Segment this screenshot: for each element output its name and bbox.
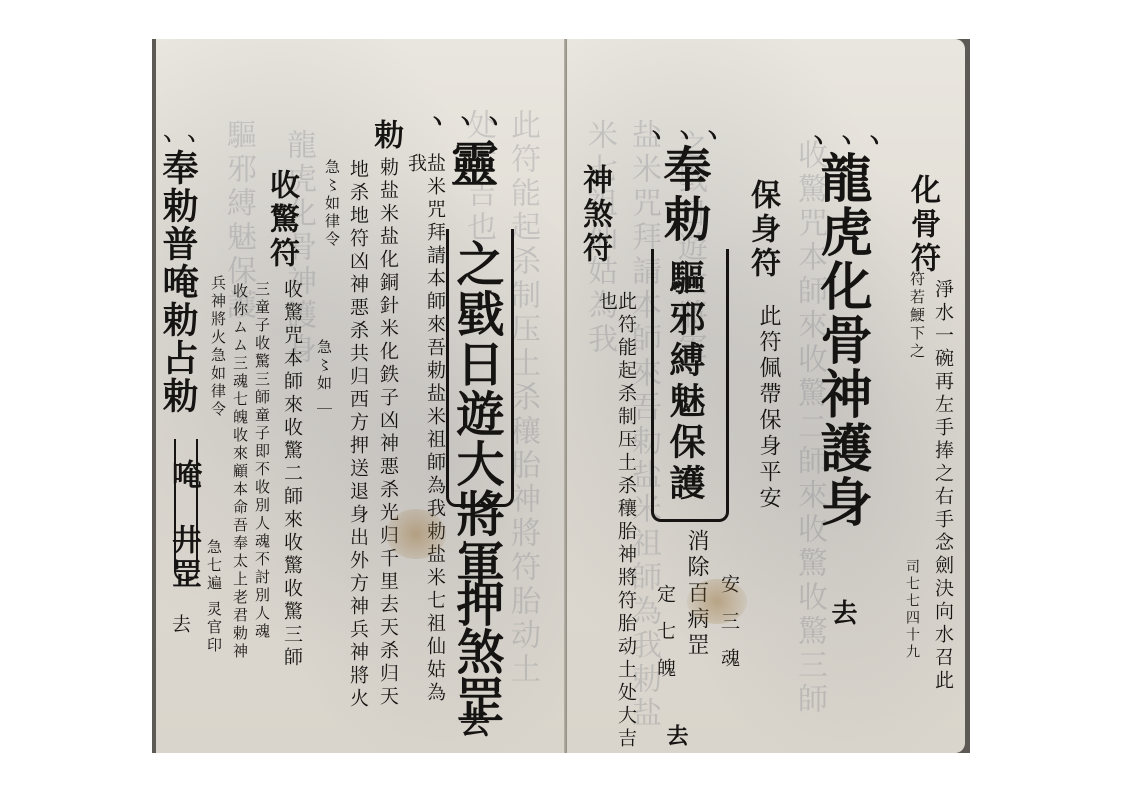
- qu-xie-title: 奉勅: [659, 144, 707, 244]
- right-page: 盐米咒拜請本師來吾勅盐米祖師為我勅盐米七祖仙姑為我 之戥日遊大將軍 收驚咒本師來…: [567, 39, 965, 753]
- left-page: 驅邪縛魅保護 龍虎化骨神護身 此符能起杀制压土杀穰胎神將符胎动土处大吉也 ヽヽヽ…: [156, 39, 567, 753]
- yanmi-incantation-col3: 地杀地符凶神悪杀共归西方押送退身出外方神兵神將火: [348, 159, 367, 719]
- huagu-instruction-col1: 淨水一碗再左手捧之右手念劍決向水召此: [933, 279, 952, 749]
- shoujing-incantation-col2: 三童子收驚三師童子即不收別人魂不討別人魂: [254, 281, 269, 751]
- shensha-description: 此符能起杀制压土杀穰胎神將符胎动土处大吉也: [597, 291, 635, 751]
- shoujing-incantation-col3: 收你ムム三魂七魄收來顧本命吾奉太上老君勅神: [232, 283, 247, 753]
- book-spread: 驅邪縛魅保護 龍虎化骨神護身 此符能起杀制压土杀穰胎神將符胎动土处大吉也 ヽヽヽ…: [152, 39, 970, 753]
- talisman-lower-text: 押煞罡: [452, 579, 500, 723]
- longhu-end-mark: 去: [829, 599, 855, 629]
- talisman-tick-marks: ヽヽヽ: [426, 105, 510, 136]
- huagu-count-note: 司七七四十九: [905, 559, 919, 661]
- baoshen-description: 此符佩帶保身平安: [757, 304, 779, 512]
- yanmi-closing: 急〻如律令: [324, 159, 339, 249]
- talisman-title-char: 靈: [446, 139, 494, 189]
- outer-tick-marks: ヽヽ: [158, 125, 206, 151]
- talisman-end-mark: 去: [456, 707, 486, 741]
- section-title-shoujing: 收驚符: [266, 169, 296, 271]
- longhu-talisman-text: 龍虎化骨神護身: [815, 151, 867, 529]
- shoujing-repeat-mark: 急〻如 ｜: [316, 339, 331, 419]
- yanmi-incantation-col2: 勅盐米盐化銅針米化鉄子凶神悪杀光归千里去天杀归天: [378, 157, 397, 717]
- section-heading-chi: 勅: [370, 119, 400, 153]
- outer-talisman-lower: 井罡: [168, 524, 198, 592]
- outer-talisman-text: 奉勅普唵勅占勅: [160, 149, 196, 415]
- qu-xie-end-mark: 去: [665, 724, 687, 750]
- paper-stain: [386, 509, 446, 559]
- talisman-inner-text: 之戥日遊大將軍: [452, 239, 500, 589]
- yanmi-incantation-col1: 盐米咒拜請本師來吾勅盐米祖師為我勅盐米七祖仙姑為我: [406, 153, 444, 713]
- huagu-instruction-col2: 符若鯁下之: [909, 271, 924, 361]
- section-title-baoshen: 保身符: [747, 179, 777, 281]
- section-title-shensha: 神煞符: [579, 164, 609, 266]
- qu-xie-inner-text: 驅邪縛魅保護: [667, 259, 703, 505]
- section-title-huagu: 化骨符: [907, 174, 937, 276]
- shoujing-recitation-note: 急七遍 灵官印: [206, 539, 221, 655]
- outer-talisman-inner: 唵: [168, 459, 198, 493]
- outer-talisman-end-mark: 去: [170, 614, 189, 637]
- paper-stain: [687, 579, 747, 624]
- shoujing-incantation-col4: 兵神將火急如律令: [210, 275, 225, 419]
- shoujing-incantation-col1: 收驚咒本師來收驚二師來收驚收驚三師: [282, 279, 301, 749]
- qu-xie-lower-col-c: 定七魄: [655, 584, 674, 695]
